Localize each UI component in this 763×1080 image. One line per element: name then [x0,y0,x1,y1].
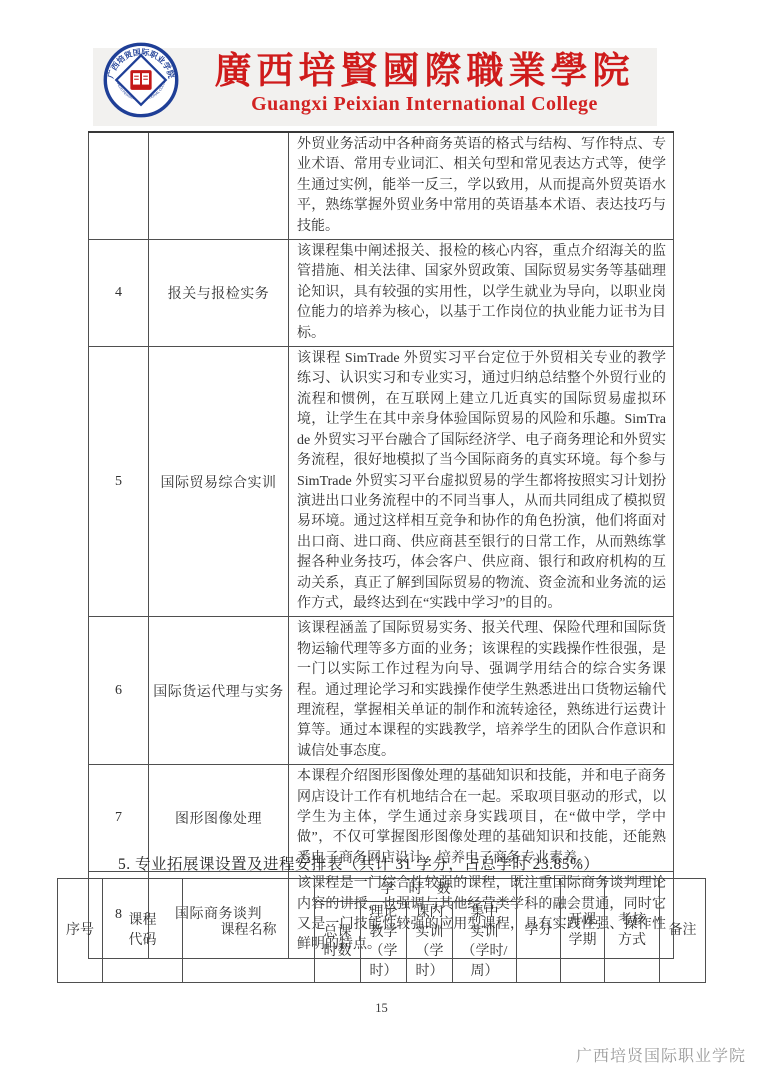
course-name: 报关与报检实务 [149,240,289,347]
header-credits: 学分 [517,879,561,983]
course-no: 5 [89,347,149,617]
header-theory-hours: 理论 教学 （学 时） [361,902,407,983]
header-hours-group: 学 时 数 [315,879,517,902]
schedule-header-row-group: 序号 课程 代码 课程名称 学 时 数 学分 开课 学期 考核 方式 备注 [58,879,706,902]
course-no: 6 [89,617,149,765]
course-row: 外贸业务活动中各种商务英语的格式与结构、写作特点、专业术语、常用专业词汇、相关句… [89,132,674,240]
header-name: 课程名称 [183,879,315,983]
header-centralized-hours: 集中 实训 （学时/ 周） [453,902,517,983]
course-description: 外贸业务活动中各种商务英语的格式与结构、写作特点、专业术语、常用专业词汇、相关句… [289,132,674,240]
course-description: 该课程集中阐述报关、报检的核心内容，重点介绍海关的监管措施、相关法律、国家外贸政… [289,240,674,347]
header-code: 课程 代码 [103,879,183,983]
college-title-block: 廣西培賢國際職業學院 Guangxi Peixian International… [197,52,652,115]
header-inclass-hours: 课内 实训 （学 时） [407,902,453,983]
course-description: 该课程涵盖了国际贸易实务、报关代理、保险代理和国际货物运输代理等多方面的业务；该… [289,617,674,765]
college-seal-icon: 广西培贤国际职业学院 GUANGXI PEIXIAN INTERNATIONAL… [103,42,179,118]
course-name: 国际货运代理与实务 [149,617,289,765]
course-row: 6 国际货运代理与实务 该课程涵盖了国际贸易实务、报关代理、保险代理和国际货物运… [89,617,674,765]
header-banner: 广西培贤国际职业学院 GUANGXI PEIXIAN INTERNATIONAL… [93,48,657,126]
watermark: 广西培贤国际职业学院 [576,1043,746,1066]
course-description: 该课程 SimTrade 外贸实习平台定位于外贸相关专业的教学练习、认识实习和专… [289,347,674,617]
document-page: 广西培贤国际职业学院 GUANGXI PEIXIAN INTERNATIONAL… [0,0,763,1080]
course-row: 4 报关与报检实务 该课程集中阐述报关、报检的核心内容，重点介绍海关的监管措施、… [89,240,674,347]
header-semester: 开课 学期 [561,879,605,983]
header-assessment: 考核 方式 [605,879,660,983]
header-total-hours: 总课 时数 [315,902,361,983]
course-description-table: 外贸业务活动中各种商务英语的格式与结构、写作特点、专业术语、常用专业词汇、相关句… [88,131,674,959]
header-no: 序号 [58,879,103,983]
college-name-zh: 廣西培賢國際職業學院 [197,52,652,92]
course-name [149,132,289,240]
course-row: 5 国际贸易综合实训 该课程 SimTrade 外贸实习平台定位于外贸相关专业的… [89,347,674,617]
header-remarks: 备注 [660,879,706,983]
course-name: 国际贸易综合实训 [149,347,289,617]
page-number: 15 [0,1001,763,1016]
section-heading: 5. 专业拓展课设置及进程安排表（共计 31 学分，占总学时 23.85%） [118,852,599,874]
course-no [89,132,149,240]
schedule-table: 序号 课程 代码 课程名称 学 时 数 学分 开课 学期 考核 方式 备注 总课… [57,878,706,983]
course-no: 4 [89,240,149,347]
college-name-en: Guangxi Peixian International College [197,93,652,115]
